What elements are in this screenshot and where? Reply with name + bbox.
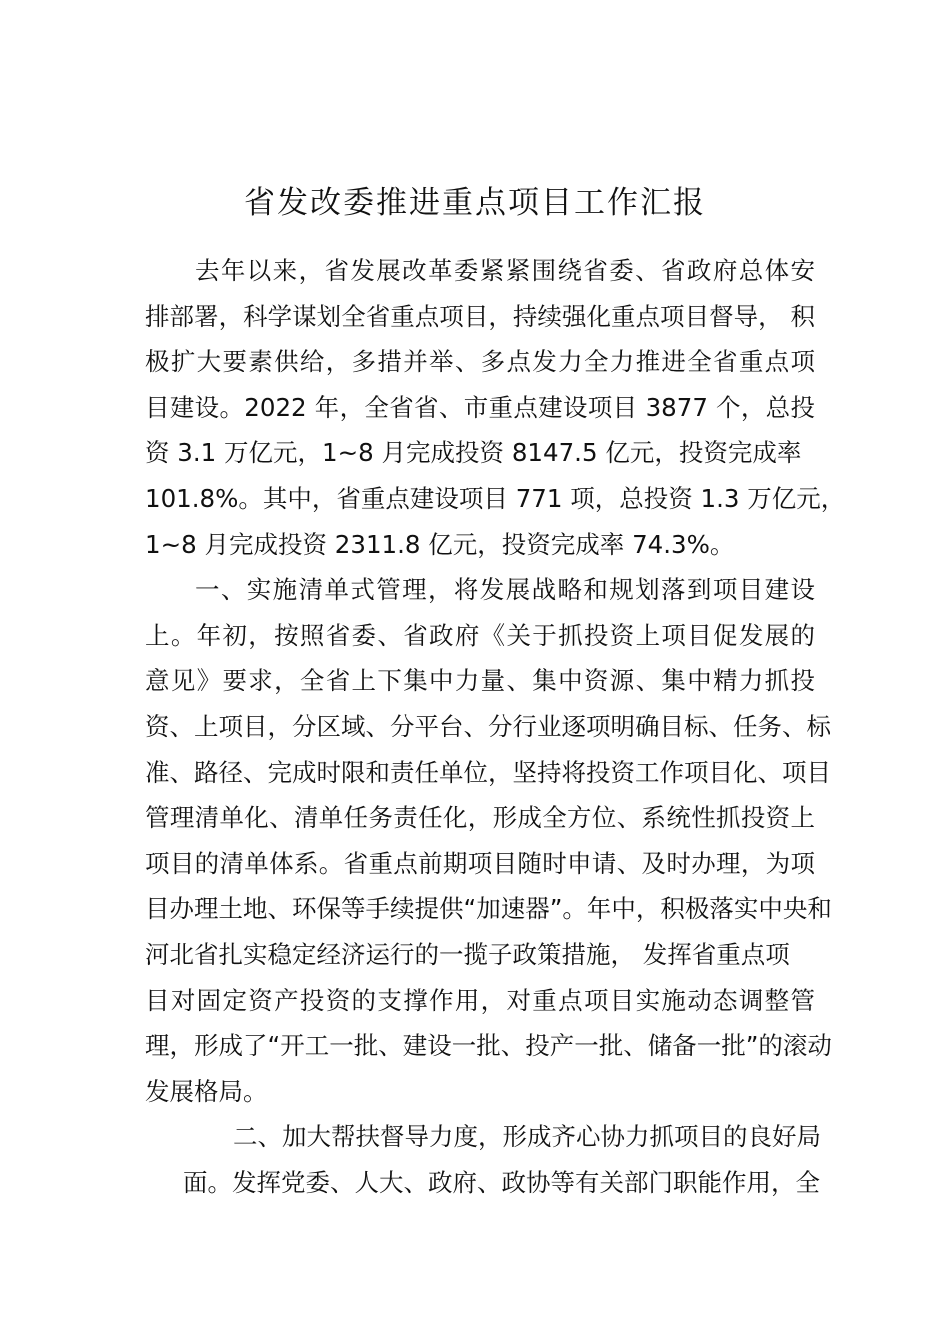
body-line: 去年以来，省发展改革委紧紧围绕省委、省政府总体安 <box>145 248 815 294</box>
body-line: 排部署，科学谋划全省重点项目，持续强化重点项目督导， 积 <box>145 294 815 340</box>
body-line: 项目的清单体系。省重点前期项目随时申请、及时办理，为项 <box>145 841 815 887</box>
section-heading-line: 一、实施清单式管理，将发展战略和规划落到项目建设 <box>145 567 815 613</box>
body-line: 目办理土地、环保等手续提供“加速器”。年中，积极落实中央和 <box>145 886 815 932</box>
document-title: 省发改委推进重点项目工作汇报 <box>0 181 950 225</box>
body-line: 管理清单化、清单任务责任化，形成全方位、系统性抓投资上 <box>145 795 815 841</box>
body-line: 河北省扎实稳定经济运行的一揽子政策措施， 发挥省重点项 <box>145 932 825 978</box>
body-line: 上。年初，按照省委、省政府《关于抓投资上项目促发展的 <box>145 613 815 659</box>
body-line: 资、上项目，分区域、分平台、分行业逐项明确目标、任务、标 <box>145 704 815 750</box>
body-line: 目建设。2022 年，全省省、市重点建设项目 3877 个，总投 <box>145 385 815 431</box>
body-line: 极扩大要素供给，多措并举、多点发力全力推进全省重点项 <box>145 339 815 385</box>
body-line: 1~8 月完成投资 2311.8 亿元，投资完成率 74.3%。 <box>145 522 825 568</box>
document-page: 省发改委推进重点项目工作汇报 去年以来，省发展改革委紧紧围绕省委、省政府总体安 … <box>0 0 950 1344</box>
body-line: 意见》要求，全省上下集中力量、集中资源、集中精力抓投 <box>145 658 815 704</box>
body-line: 理，形成了“开工一批、建设一批、投产一批、储备一批”的滚动 <box>145 1023 815 1069</box>
section-heading-line: 二、加大帮扶督导力度，形成齐心协力抓项目的良好局 <box>145 1114 807 1160</box>
body-line: 发展格局。 <box>145 1069 825 1115</box>
body-line: 101.8%。其中，省重点建设项目 771 项，总投资 1.3 万亿元， <box>145 476 825 522</box>
body-line: 准、路径、完成时限和责任单位，坚持将投资工作项目化、项目 <box>145 750 815 796</box>
document-body: 去年以来，省发展改革委紧紧围绕省委、省政府总体安 排部署，科学谋划全省重点项目，… <box>145 248 825 1205</box>
body-line: 面。发挥党委、人大、政府、政协等有关部门职能作用，全 <box>145 1160 797 1206</box>
body-line: 资 3.1 万亿元，1~8 月完成投资 8147.5 亿元，投资完成率 <box>145 430 825 476</box>
body-line: 目对固定资产投资的支撑作用，对重点项目实施动态调整管 <box>145 978 815 1024</box>
